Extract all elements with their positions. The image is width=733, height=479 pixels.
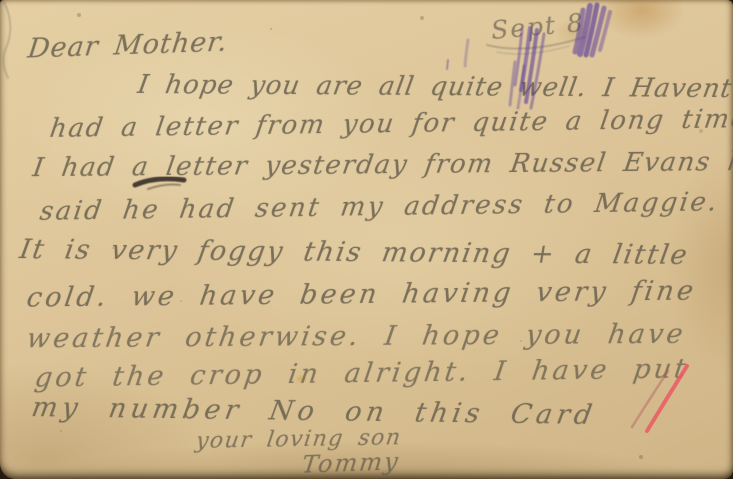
paper-specks <box>0 0 2 2</box>
postcard-scan: Sept 8 Dear Mother. I hope you are all q… <box>0 0 733 479</box>
salutation: Dear Mother. <box>28 27 229 65</box>
body-line: It is very foggy this morning + a little <box>20 234 689 271</box>
body-line: I hope you are all quite well. I Havent <box>138 70 732 104</box>
body-line: had a letter from you for quite a long t… <box>50 104 733 144</box>
corner-pencil-squiggle <box>3 0 10 78</box>
body-line: got the crop in alright. I have put <box>35 353 689 393</box>
body-line: my number No on this Card <box>32 392 596 431</box>
signature: Tommy <box>302 447 401 478</box>
body-line: cold. we have been having very fine <box>27 275 697 313</box>
body-line: I had a letter yesterday from Russel Eva… <box>33 147 733 183</box>
body-line: weather otherwise. I hope you have <box>27 319 686 355</box>
date-annotation: Sept 8 <box>490 8 586 45</box>
body-line: said he had sent my address to Maggie. <box>40 187 719 226</box>
